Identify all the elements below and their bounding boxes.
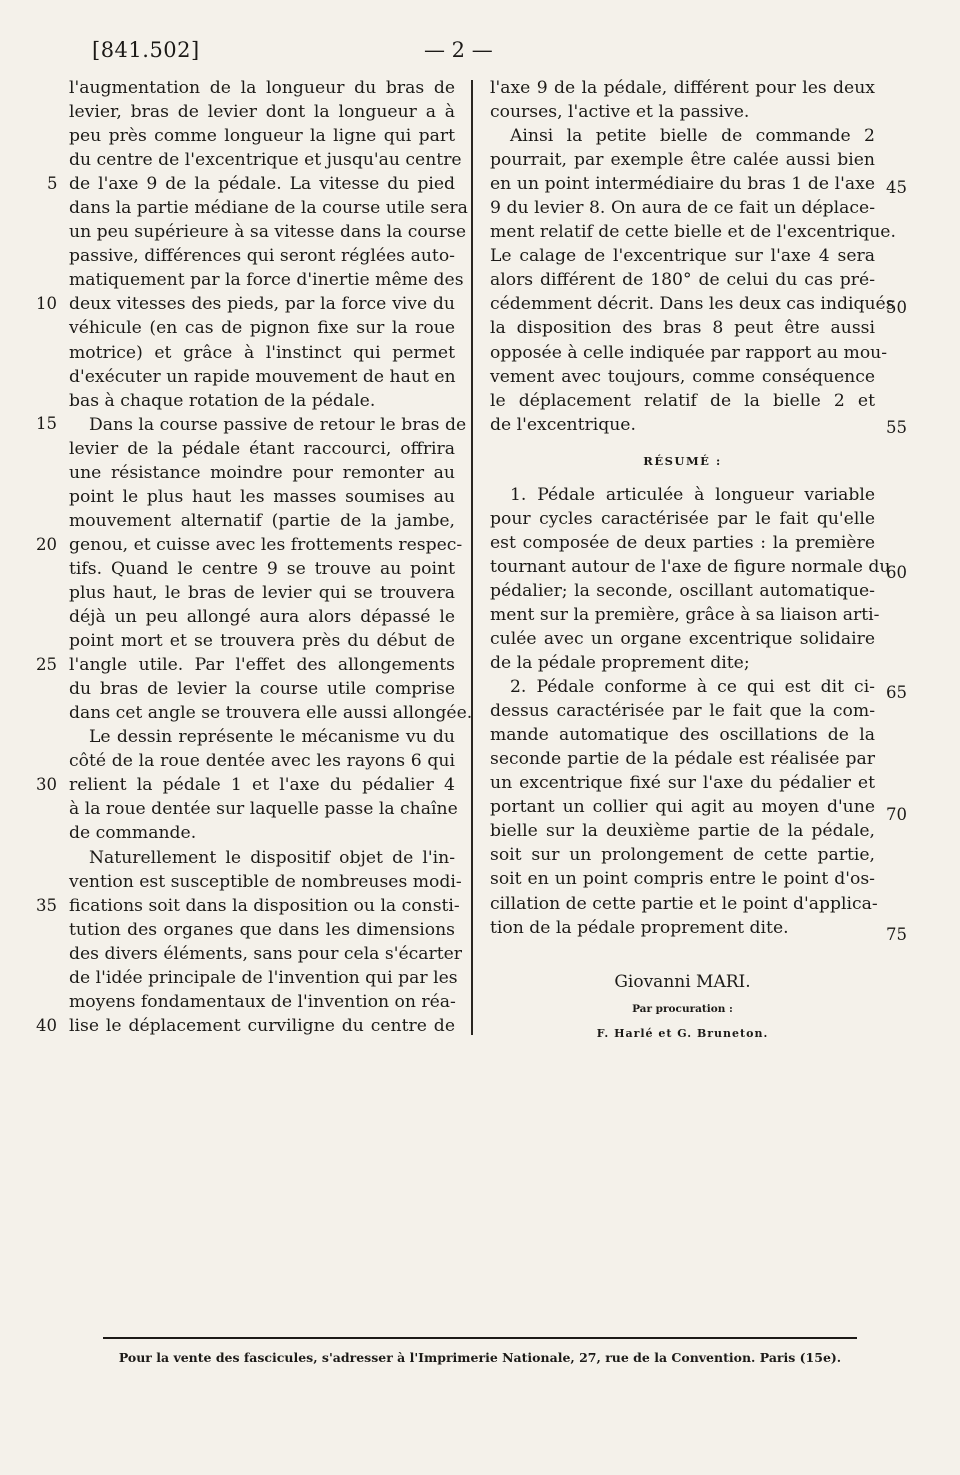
text-line: genou, et cuisse avec les frottements re… [69,533,455,557]
text-line: en un point intermédiaire du bras 1 de l… [490,172,875,196]
text-line: pourrait, par exemple être calée aussi b… [490,148,875,172]
line-number: 40 [36,1016,57,1035]
text-line: cédemment décrit. Dans les deux cas indi… [490,292,875,316]
text-line: une résistance moindre pour remonter au [69,461,455,485]
line-number: 5 [47,174,58,193]
text-line: fications soit dans la disposition ou la… [69,894,455,918]
proxy-label: Par procuration : [490,1003,875,1015]
line-number: 55 [886,418,907,437]
text-line: mouvement alternatif (partie de la jambe… [69,509,455,533]
line-number: 25 [36,655,57,674]
text-line: du centre de l'excentrique et jusqu'au c… [69,148,455,172]
text-line: levier de la pédale étant raccourci, off… [69,437,455,461]
text-line: motrice) et grâce à l'instinct qui perme… [69,341,455,365]
text-line: dans cet angle se trouvera elle aussi al… [69,701,455,725]
text-line: Ainsi la petite bielle de commande 2 [490,124,875,148]
text-line: dans la partie médiane de la course util… [69,196,455,220]
text-line: vement avec toujours, comme conséquence [490,365,875,389]
line-number: 30 [36,775,57,794]
text-line: plus haut, le bras de levier qui se trou… [69,581,455,605]
resume-heading-row: RÉSUMÉ : [490,437,875,483]
text-line: peu près comme longueur la ligne qui par… [69,124,455,148]
line-number: 50 [886,298,907,317]
text-line: l'angle utile. Par l'effet des allongeme… [69,653,455,677]
claim-line: 2. Pédale conforme à ce qui est dit ci- [490,675,875,699]
text-line: de l'excentrique. [490,413,875,437]
text-line: 9 du levier 8. On aura de ce fait un dép… [490,196,875,220]
text-line: deux vitesses des pieds, par la force vi… [69,292,455,316]
text-line: levier, bras de levier dont la longueur … [69,100,455,124]
text-line: de commande. [69,821,455,845]
text-line: vention est susceptible de nombreuses mo… [69,870,455,894]
text-line: opposée à celle indiquée par rapport au … [490,341,875,365]
claim-line: soit en un point compris entre le point … [490,867,875,891]
claim-line: est composée de deux parties : la premiè… [490,531,875,555]
text-line: matiquement par la force d'inertie même … [69,268,455,292]
claim-line: de la pédale proprement dite; [490,651,875,675]
footer-rule [103,1337,857,1339]
text-line: le déplacement relatif de la bielle 2 et [490,389,875,413]
line-number: 75 [886,925,907,944]
page-number: — 2 — [424,38,493,62]
text-line: moyens fondamentaux de l'invention on ré… [69,990,455,1014]
line-number: 70 [886,805,907,824]
text-line: tution des organes que dans les dimensio… [69,918,455,942]
line-number: 35 [36,896,57,915]
line-number: 65 [886,683,907,702]
claim-line: un excentrique fixé sur l'axe du pédalie… [490,771,875,795]
claim-line: dessus caractérisée par le fait que la c… [490,699,875,723]
text-line: à la roue dentée sur laquelle passe la c… [69,797,455,821]
text-line: lise le déplacement curviligne du centre… [69,1014,455,1038]
text-line: courses, l'active et la passive. [490,100,875,124]
text-line: du bras de levier la course utile compri… [69,677,455,701]
text-line: Le dessin représente le mécanisme vu du [69,725,455,749]
text-line: déjà un peu allongé aura alors dépassé l… [69,605,455,629]
resume-heading: RÉSUMÉ : [643,454,721,468]
claim-line: seconde partie de la pédale est réalisée… [490,747,875,771]
claim-line: portant un collier qui agit au moyen d'u… [490,795,875,819]
line-number: 15 [36,414,57,433]
text-line: d'exécuter un rapide mouvement de haut e… [69,365,455,389]
text-line: de l'axe 9 de la pédale. La vitesse du p… [69,172,455,196]
text-line: un peu supérieure à sa vitesse dans la c… [69,220,455,244]
column-divider [471,80,473,1035]
text-line: la disposition des bras 8 peut être auss… [490,316,875,340]
text-line: passive, différences qui seront réglées … [69,244,455,268]
text-line: ment relatif de cette bielle et de l'exc… [490,220,875,244]
text-line: Le calage de l'excentrique sur l'axe 4 s… [490,244,875,268]
text-line: point mort et se trouvera près du début … [69,629,455,653]
right-column: l'axe 9 de la pédale, différent pour les… [490,76,875,940]
claim-line: pédalier; la seconde, oscillant automati… [490,579,875,603]
text-line: tifs. Quand le centre 9 se trouve au poi… [69,557,455,581]
claim-line: culée avec un organe excentrique solidai… [490,627,875,651]
text-line: point le plus haut les masses soumises a… [69,485,455,509]
claim-line: soit sur un prolongement de cette partie… [490,843,875,867]
text-line: alors différent de 180° de celui du cas … [490,268,875,292]
claim-line: tournant autour de l'axe de figure norma… [490,555,875,579]
text-line: relient la pédale 1 et l'axe du pédalier… [69,773,455,797]
text-line: bas à chaque rotation de la pédale. [69,389,455,413]
claim-line: mande automatique des oscillations de la [490,723,875,747]
claim-line: ment sur la première, grâce à sa liaison… [490,603,875,627]
text-line: Dans la course passive de retour le bras… [69,413,455,437]
claim-line: pour cycles caractérisée par le fait qu'… [490,507,875,531]
line-number: 60 [886,563,907,582]
claim-line: 1. Pédale articulée à longueur variable [490,483,875,507]
patent-number: [841.502] [92,38,200,62]
line-number: 10 [36,294,57,313]
text-line: de l'idée principale de l'invention qui … [69,966,455,990]
text-line: côté de la roue dentée avec les rayons 6… [69,749,455,773]
text-line: Naturellement le dispositif objet de l'i… [69,846,455,870]
claim-line: cillation de cette partie et le point d'… [490,892,875,916]
claim-line: bielle sur la deuxième partie de la péda… [490,819,875,843]
claim-line: tion de la pédale proprement dite. [490,916,875,940]
agents-names: F. Harlé et G. Bruneton. [490,1027,875,1040]
text-line: véhicule (en cas de pignon fixe sur la r… [69,316,455,340]
signatory-name: Giovanni MARI. [490,972,875,992]
footer-text: Pour la vente des fascicules, s'adresser… [103,1350,857,1365]
text-line: l'augmentation de la longueur du bras de [69,76,455,100]
text-line: des divers éléments, sans pour cela s'éc… [69,942,455,966]
text-line: l'axe 9 de la pédale, différent pour les… [490,76,875,100]
left-column: l'augmentation de la longueur du bras de… [69,76,455,1038]
line-number: 20 [36,535,57,554]
line-number: 45 [886,178,907,197]
